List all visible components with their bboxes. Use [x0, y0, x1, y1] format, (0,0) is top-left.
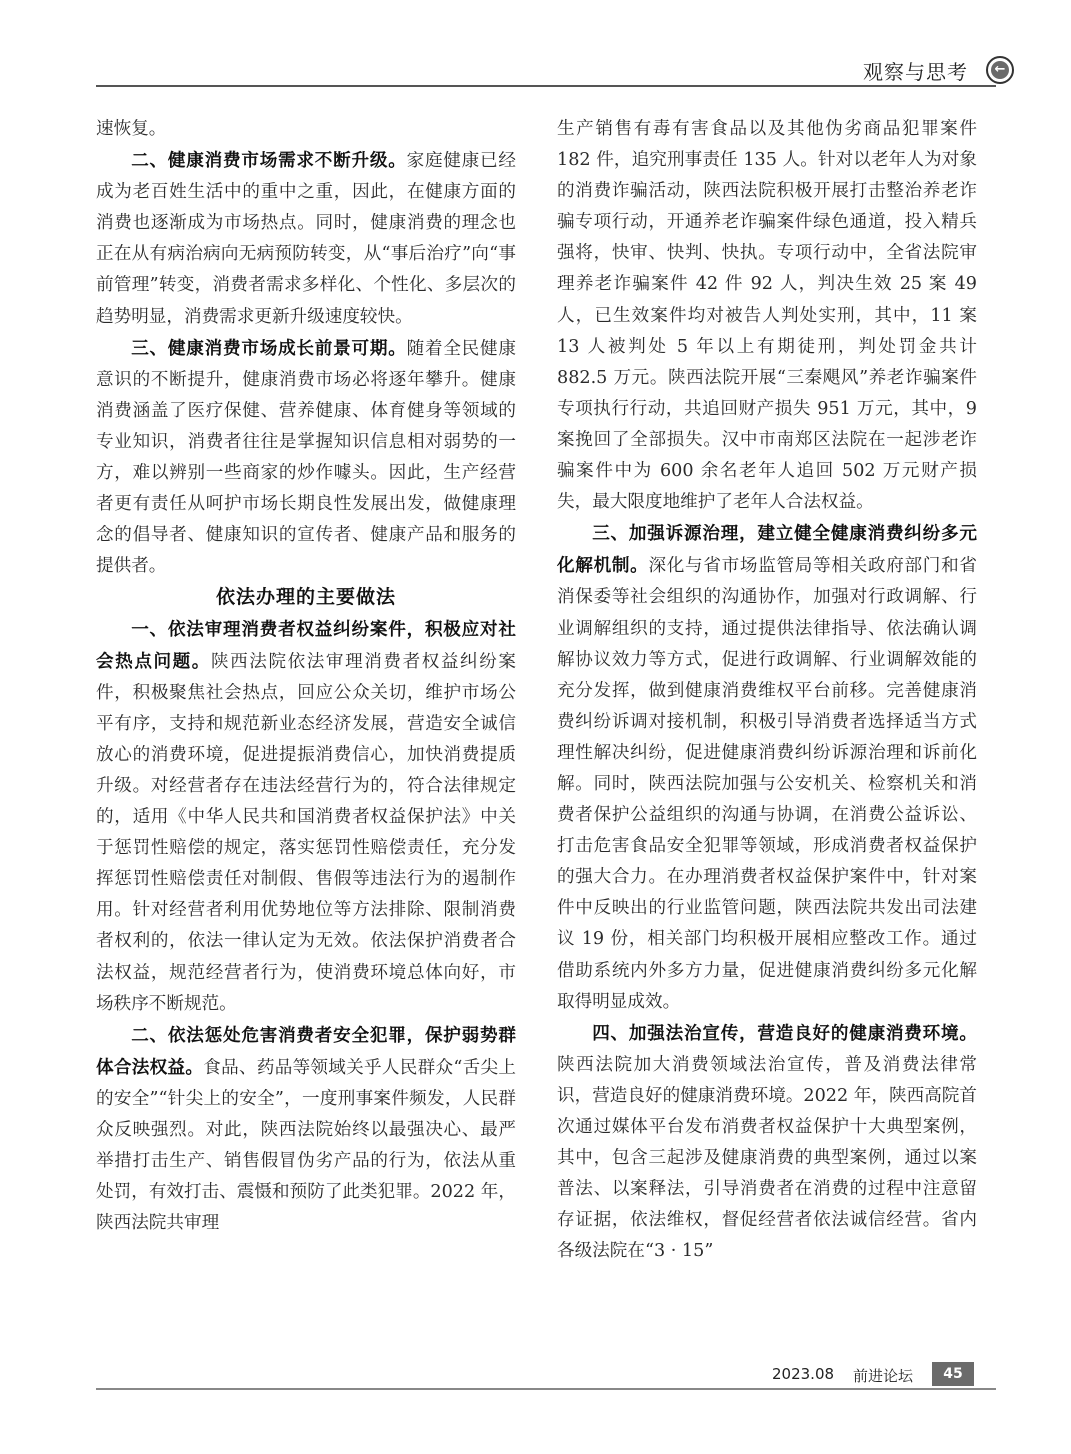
paragraph: 一、依法审理消费者权益纠纷案件，积极应对社会热点问题。陕西法院依法审理消费者权益… [96, 614, 516, 1020]
circle-arrow-left-icon: ← [986, 56, 1014, 84]
paragraph: 生产销售有毒有害食品以及其他伪劣商品犯罪案件 182 件，追究刑事责任 135 … [557, 114, 977, 518]
page-header: 观察与思考 ← [96, 52, 1018, 92]
paragraph: 二、健康消费市场需求不断升级。家庭健康已经成为老百姓生活中的重中之重，因此，在健… [96, 145, 516, 333]
section-title: 观察与思考 [863, 56, 968, 85]
section-heading: 依法办理的主要做法 [96, 582, 516, 613]
page-footer: 2023.08 前进论坛 45 [700, 1362, 975, 1388]
footer-divider [96, 1388, 996, 1390]
paragraph: 四、加强法治宣传，营造良好的健康消费环境。陕西法院加大消费领域法治宣传，普及消费… [557, 1018, 977, 1268]
right-column: 生产销售有毒有害食品以及其他伪劣商品犯罪案件 182 件，追究刑事责任 135 … [557, 114, 977, 1267]
paragraph: 三、加强诉源治理，建立健全健康消费纠纷多元化解机制。深化与省市场监管局等相关政府… [557, 518, 977, 1018]
journal-name: 前进论坛 [853, 1365, 913, 1386]
issue-date: 2023.08 [772, 1365, 834, 1383]
paragraph: 三、健康消费市场成长前景可期。随着全民健康意识的不断提升，健康消费市场必将逐年攀… [96, 333, 516, 583]
paragraph-lead: 四、加强法治宣传，营造良好的健康消费环境。 [592, 1023, 977, 1044]
paragraph: 二、依法惩处危害消费者安全犯罪，保护弱势群体合法权益。食品、药品等领域关乎人民群… [96, 1020, 516, 1240]
paragraph: 速恢复。 [96, 114, 516, 145]
arrow-left-glyph: ← [991, 61, 1009, 79]
header-divider [96, 85, 996, 87]
paragraph-lead: 三、健康消费市场成长前景可期。 [131, 338, 406, 359]
left-column: 速恢复。 二、健康消费市场需求不断升级。家庭健康已经成为老百姓生活中的重中之重，… [96, 114, 516, 1239]
paragraph-lead: 二、健康消费市场需求不断升级。 [131, 150, 406, 171]
page-number: 45 [932, 1362, 974, 1386]
